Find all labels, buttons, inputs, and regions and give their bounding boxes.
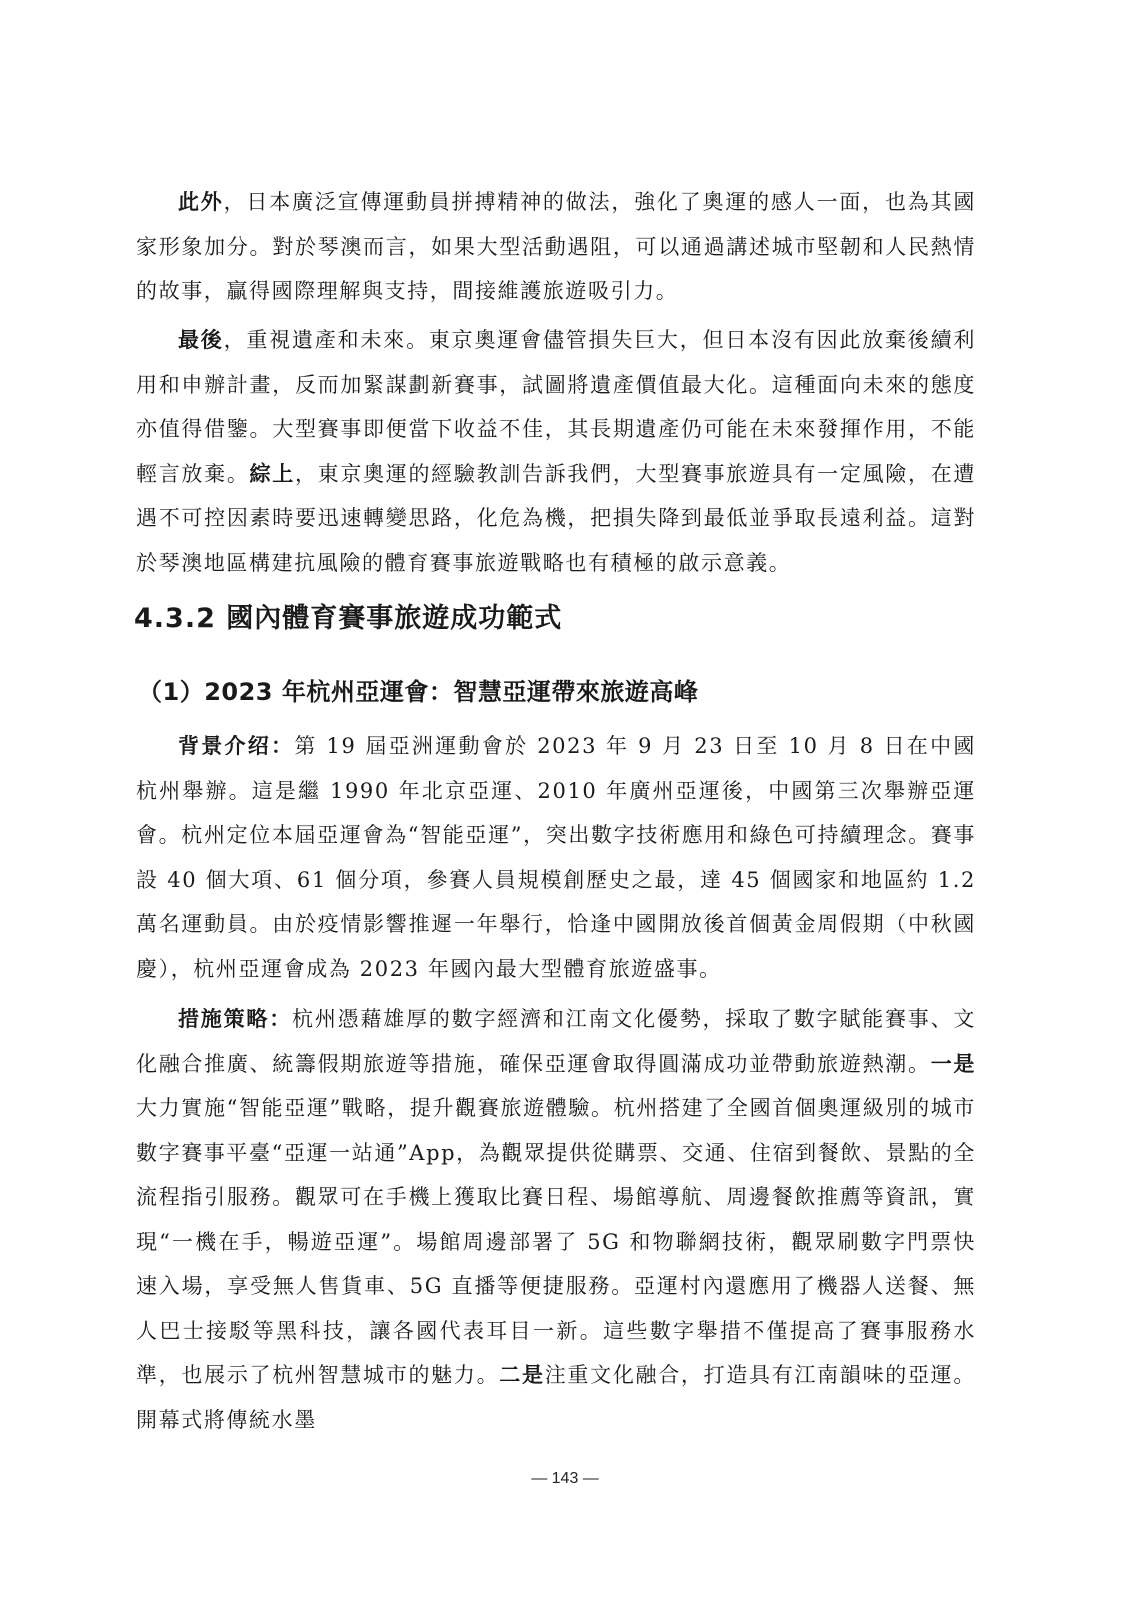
paragraph-text: ，日本廣泛宣傳運動員拼搏精神的做法，強化了奧運的感人一面，也為其國家形象加分。對… (136, 190, 976, 303)
section-heading: 4.3.2 國內體育賽事旅遊成功範式 (134, 596, 562, 635)
paragraph-text: 第 19 屆亞洲運動會於 2023 年 9 月 23 日至 10 月 8 日在中… (136, 734, 976, 981)
paragraph-lead-2: 綜上 (250, 462, 295, 486)
page-number: — 143 — (0, 1470, 1130, 1488)
paragraph-lead-2: 一是 (931, 1052, 976, 1076)
document-page: 此外，日本廣泛宣傳運動員拼搏精神的做法，強化了奧運的感人一面，也為其國家形象加分… (0, 0, 1130, 1600)
paragraph-lead: 最後 (178, 328, 224, 352)
paragraph-text-2: 大力實施“智能亞運”戰略，提升觀賽旅遊體驗。杭州搭建了全國首個奧運級別的城市數字… (136, 1096, 976, 1387)
paragraph-lead: 此外 (178, 190, 224, 214)
paragraph-lead: 背景介绍： (178, 734, 294, 758)
paragraph-legacy: 最後，重視遺產和未來。東京奧運會儘管損失巨大，但日本沒有因此放棄後續利用和申辦計… (136, 318, 976, 585)
paragraph-lead-3: 二是 (499, 1363, 544, 1387)
paragraph-lead: 措施策略： (178, 1007, 292, 1031)
paragraph-background: 背景介绍：第 19 屆亞洲運動會於 2023 年 9 月 23 日至 10 月 … (136, 724, 976, 991)
paragraph-japan-promotion: 此外，日本廣泛宣傳運動員拼搏精神的做法，強化了奧運的感人一面，也為其國家形象加分… (136, 180, 976, 314)
paragraph-strategy: 措施策略：杭州憑藉雄厚的數字經濟和江南文化優勢，採取了數字賦能賽事、文化融合推廣… (136, 997, 976, 1442)
subsection-heading: （1）2023 年杭州亞運會：智慧亞運帶來旅遊高峰 (138, 672, 698, 707)
